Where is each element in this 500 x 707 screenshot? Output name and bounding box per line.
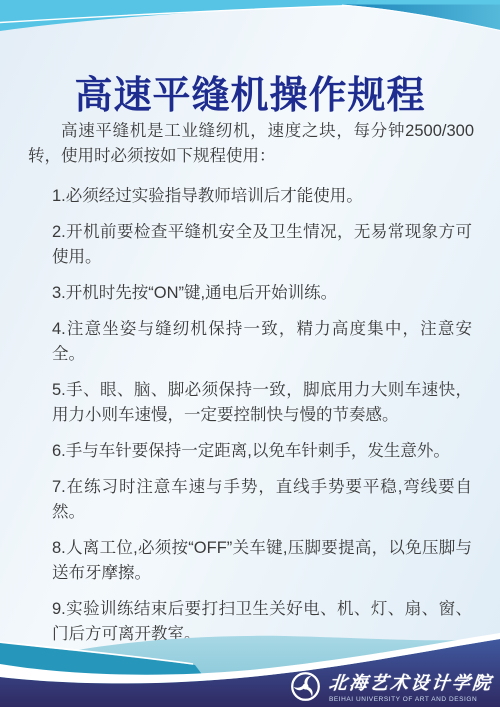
rule-item: 3.开机时先按“ON”键,通电后开始训练。 (52, 281, 472, 306)
rules-list: 1.必须经过实验指导教师培训后才能使用。2.开机前要检查平缝机安全及卫生情况，无… (0, 184, 500, 647)
rule-item: 5.手、眼、脑、脚必须保持一致，脚底用力大则车速快，用力小则车速慢，一定要控制快… (52, 378, 472, 428)
rule-item: 7.在练习时注意车速与手势，直线手势要平稳,弯线要自然。 (52, 475, 472, 525)
school-name-cn: 北海艺术设计学院 (328, 669, 495, 695)
rule-item: 1.必须经过实验指导教师培训后才能使用。 (52, 184, 472, 209)
rule-item: 2.开机前要检查平缝机安全及卫生情况，无易常现象方可使用。 (52, 220, 472, 270)
school-name-en: BEIHAI UNIVERSITY OF ART AND DESIGN (329, 696, 493, 703)
top-wave-decoration (0, 0, 500, 56)
rule-item: 4.注意坐姿与缝纫机保持一致，精力高度集中，注意安全。 (52, 317, 472, 367)
top-right-band (342, 5, 500, 31)
top-left-band (0, 0, 358, 31)
intro-paragraph: 高速平缝机是工业缝纫机，速度之块，每分钟2500/300转，使用时必须按如下规程… (28, 119, 474, 169)
swirl-logo-icon (289, 670, 322, 703)
rule-item: 8.人离工位,必须按“OFF”关车键,压脚要提高，以免压脚与送布牙摩擦。 (52, 536, 472, 586)
rule-item: 6.手与车针要保持一定距离,以免车针刺手，发生意外。 (52, 439, 472, 464)
school-logo: 北海艺术设计学院 BEIHAI UNIVERSITY OF ART AND DE… (289, 669, 493, 703)
content: 高速平缝机是工业缝纫机，速度之块，每分钟2500/300转，使用时必须按如下规程… (0, 119, 500, 658)
school-name: 北海艺术设计学院 BEIHAI UNIVERSITY OF ART AND DE… (329, 669, 493, 703)
poster-page: 高速平缝机操作规程 高速平缝机是工业缝纫机，速度之块，每分钟2500/300转，… (0, 0, 500, 707)
page-title: 高速平缝机操作规程 (0, 64, 500, 119)
